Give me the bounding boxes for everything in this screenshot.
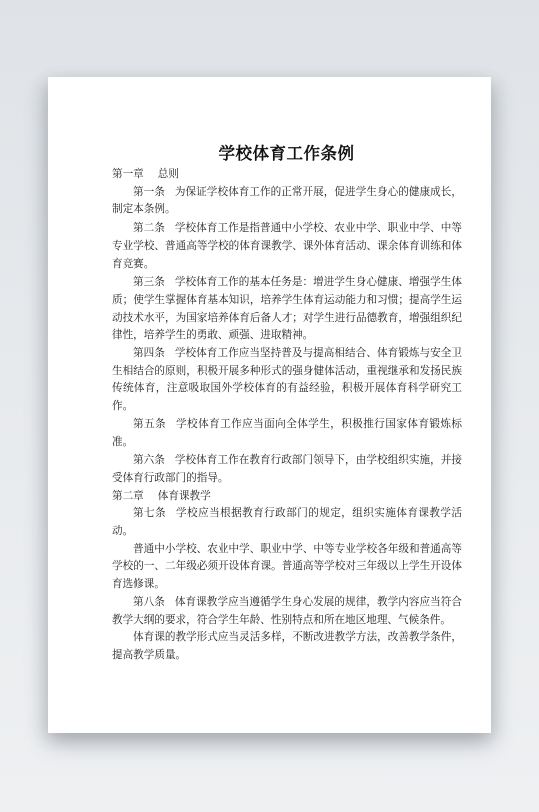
- article-number: 第六条: [133, 455, 165, 466]
- article-paragraph: 第四条学校体育工作应当坚持普及与提高相结合、体育锻炼与安全卫生相结合的原则，积极…: [112, 345, 462, 416]
- chapter-heading: 第一章总则: [112, 166, 462, 184]
- article-paragraph: 第五条学校体育工作应当面向全体学生，积极推行国家体育锻炼标准。: [112, 416, 462, 451]
- article-text: 普通中小学校、农业中学、职业中学、中等专业学校各年级和普通高等学校的一、二年级必…: [112, 544, 462, 590]
- chapter-number: 第二章: [112, 491, 144, 502]
- article-number: 第一条: [133, 187, 165, 198]
- article-paragraph: 第二条学校体育工作是指普通中小学校、农业中学、职业中学、中等专业学校、普通高等学…: [112, 220, 462, 273]
- article-paragraph: 普通中小学校、农业中学、职业中学、中等专业学校各年级和普通高等学校的一、二年级必…: [112, 541, 462, 594]
- chapter-title: 体育课教学: [158, 491, 211, 502]
- article-number: 第五条: [133, 419, 166, 430]
- article-paragraph: 第六条学校体育工作在教育行政部门领导下，由学校组织实施，并接受体育行政部门的指导…: [112, 452, 462, 487]
- document-body: 第一章总则 第一条为保证学校体育工作的正常开展，促进学生身心的健康成长，制定本条…: [112, 166, 462, 665]
- article-paragraph: 第八条体育课教学应当遵循学生身心发展的规律，教学内容应当符合教学大纲的要求，符合…: [112, 594, 462, 629]
- article-paragraph: 体育课的教学形式应当灵活多样，不断改进教学方法，改善教学条件，提高教学质量。: [112, 629, 462, 664]
- article-paragraph: 第一条为保证学校体育工作的正常开展，促进学生身心的健康成长，制定本条例。: [112, 184, 462, 219]
- document-title: 学校体育工作条例: [48, 143, 491, 165]
- chapter-title: 总则: [158, 169, 179, 180]
- article-number: 第八条: [133, 597, 165, 608]
- chapter-heading: 第二章体育课教学: [112, 488, 462, 506]
- article-number: 第四条: [133, 348, 165, 359]
- article-number: 第二条: [133, 223, 165, 234]
- article-paragraph: 第七条学校应当根据教育行政部门的规定，组织实施体育课教学活动。: [112, 505, 462, 540]
- article-text: 体育课的教学形式应当灵活多样，不断改进教学方法，改善教学条件，提高教学质量。: [112, 632, 462, 661]
- article-number: 第三条: [133, 277, 165, 288]
- chapter-number: 第一章: [112, 169, 144, 180]
- document-page: 学校体育工作条例 第一章总则 第一条为保证学校体育工作的正常开展，促进学生身心的…: [48, 77, 491, 733]
- article-number: 第七条: [133, 508, 166, 519]
- article-paragraph: 第三条学校体育工作的基本任务是：增进学生身心健康、增强学生体质；使学生掌握体育基…: [112, 274, 462, 345]
